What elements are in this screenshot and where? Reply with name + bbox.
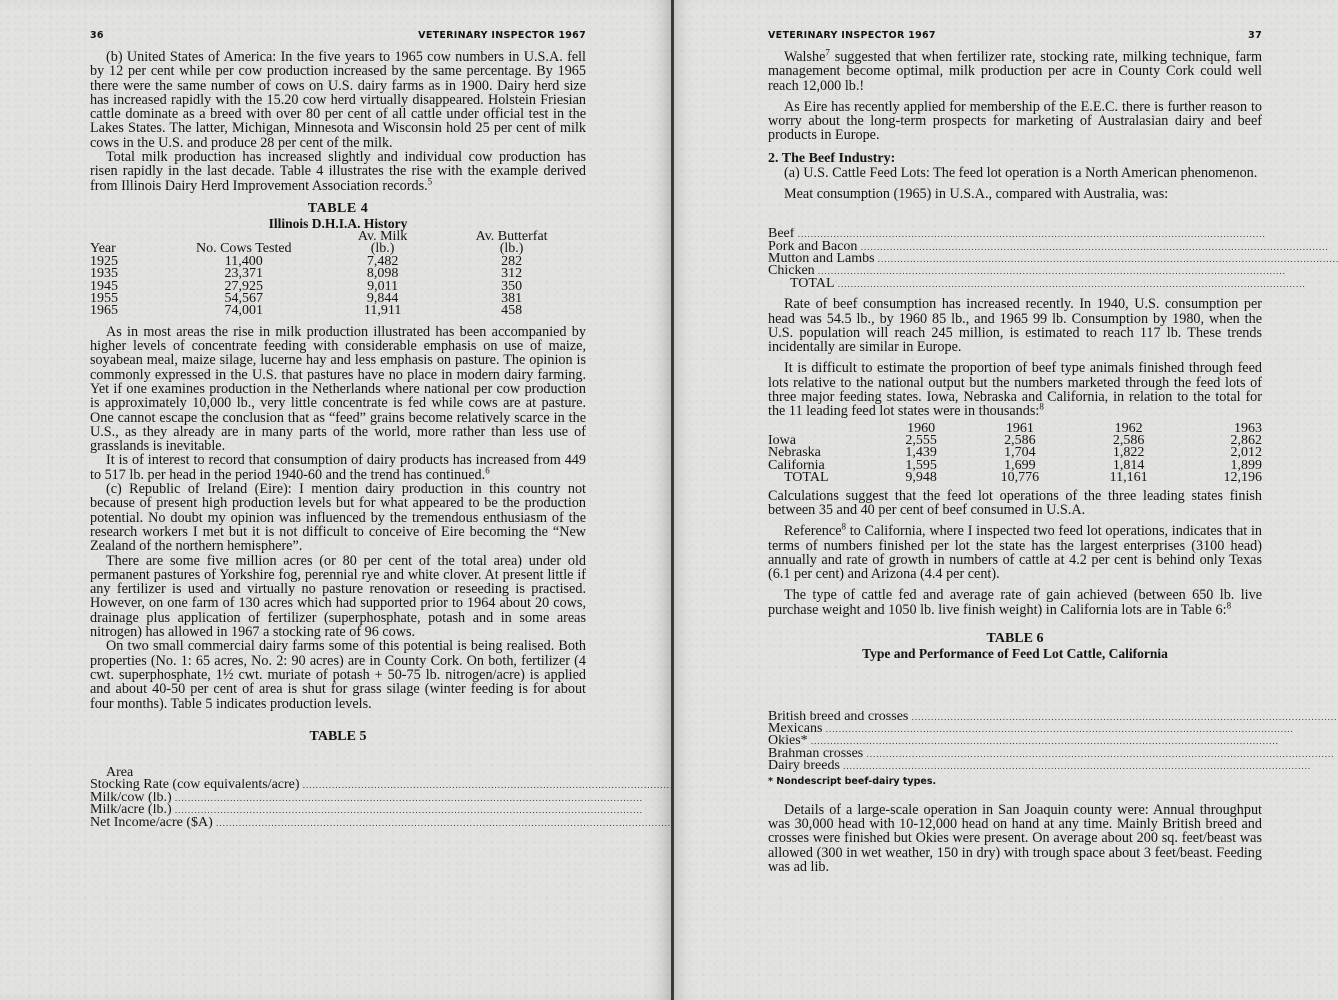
meat-consumption-table: U.S.A.Australia (lb.)(lb.) Beef99101 Por… xyxy=(768,203,1338,290)
table-subtitle: Type and Performance of Feed Lot Cattle,… xyxy=(768,646,1262,661)
table-total-row: TOTAL194209+ xyxy=(768,278,1338,290)
book-spread: 36 VETERINARY INSPECTOR 1967 (b) United … xyxy=(0,0,1338,1000)
running-head: VETERINARY INSPECTOR 1967 37 xyxy=(768,30,1262,42)
running-title: VETERINARY INSPECTOR 1967 xyxy=(768,30,936,41)
page-number: 36 xyxy=(90,30,104,41)
table-header-row: (%)(lb.) xyxy=(768,698,1338,710)
paragraph: Total milk production has increased slig… xyxy=(90,150,586,193)
table-total-row: TOTAL9,94810,77611,16112,196 xyxy=(768,472,1262,484)
table-4: Av. Milk Av. Butterfat Year No. Cows Tes… xyxy=(90,231,586,318)
table-header-row-top: Proportion of TotalDairy Rate of Gain xyxy=(768,661,1338,698)
paragraph: Meat consumption (1965) in U.S.A., compa… xyxy=(768,187,1262,201)
paragraph: It is of interest to record that consump… xyxy=(90,453,586,482)
table-header-row-top: U.S.A.Australia xyxy=(768,203,1338,215)
table-row: Beef99101 xyxy=(768,228,1338,240)
running-head: 36 VETERINARY INSPECTOR 1967 xyxy=(90,30,586,42)
table-row: Pork and Bacon5819 xyxy=(768,241,1338,253)
paragraph: On two small commercial dairy farms some… xyxy=(90,639,586,710)
paragraph: As Eire has recently applied for members… xyxy=(768,100,1262,143)
table-row: Dairy breeds4.02.52 xyxy=(768,760,1338,772)
table-title: TABLE 4 xyxy=(90,201,586,216)
paragraph: The type of cattle fed and average rate … xyxy=(768,588,1262,617)
table-6: Proportion of TotalDairy Rate of Gain (%… xyxy=(768,661,1338,773)
footnote-ref: 5 xyxy=(428,176,433,186)
table-row: Okies*40.12.45 xyxy=(768,735,1338,747)
paragraph: Rate of beef consumption has increased r… xyxy=(768,297,1262,354)
table-row: 196574,00111,911458 xyxy=(90,305,586,317)
table-row: Brahman crosses11.62.33 xyxy=(768,748,1338,760)
paragraph: (a) U.S. Cattle Feed Lots: The feed lot … xyxy=(768,166,1262,180)
table-row: British breed and crosses30.12.44 xyxy=(768,711,1338,723)
table-footnote: * Nondescript beef-dairy types. xyxy=(768,776,1262,787)
table-row: Mexicans14.22.17 xyxy=(768,723,1338,735)
paragraph: As in most areas the rise in milk produc… xyxy=(90,325,586,454)
footnote-ref: 8 xyxy=(1227,600,1232,610)
paragraph: Reference8 to California, where I inspec… xyxy=(768,524,1262,581)
paragraph: Calculations suggest that the feed lot o… xyxy=(768,489,1262,518)
table-title: TABLE 6 xyxy=(768,631,1262,646)
section-heading: 2. The Beef Industry: xyxy=(768,151,1262,166)
left-page-content: 36 VETERINARY INSPECTOR 1967 (b) United … xyxy=(90,30,586,829)
paragraph: Details of a large-scale operation in Sa… xyxy=(768,803,1262,874)
table-header-row: (lb.)(lb.) xyxy=(768,216,1338,228)
footnote-ref: 8 xyxy=(1039,402,1044,412)
paragraph: (c) Republic of Ireland (Eire): I mentio… xyxy=(90,482,586,553)
right-page: VETERINARY INSPECTOR 1967 37 Walshe7 sug… xyxy=(674,0,1338,1000)
paragraph: (b) United States of America: In the fiv… xyxy=(90,50,586,150)
paragraph: Walshe7 suggested that when fertilizer r… xyxy=(768,50,1262,93)
table-row: Chicken33? xyxy=(768,265,1338,277)
right-page-content: VETERINARY INSPECTOR 1967 37 Walshe7 sug… xyxy=(768,30,1262,874)
page-number: 37 xyxy=(1248,30,1262,41)
left-page: 36 VETERINARY INSPECTOR 1967 (b) United … xyxy=(0,0,672,1000)
feedlot-table: 1960 1961 1962 1963 Iowa2,5552,5862,5862… xyxy=(768,423,1262,485)
paragraph: It is difficult to estimate the proporti… xyxy=(768,361,1262,418)
running-title: VETERINARY INSPECTOR 1967 xyxy=(418,30,586,41)
table-row: Mutton and Lambs489 xyxy=(768,253,1338,265)
paragraph: There are some five million acres (or 80… xyxy=(90,554,586,640)
footnote-ref: 6 xyxy=(485,465,490,475)
